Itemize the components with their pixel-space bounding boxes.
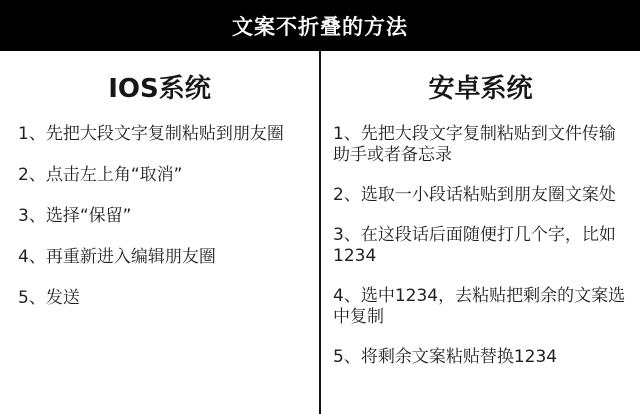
android-column: 安卓系统 1、先把大段文字复制粘贴到文件传输助手或者备忘录 2、选取一小段话粘贴… (321, 51, 640, 414)
list-item: 5、将剩余文案粘贴替换1234 (333, 347, 626, 368)
list-item: 3、在这段话后面随便打几个字，比如1234 (333, 225, 626, 267)
two-column-layout: IOS系统 1、先把大段文字复制粘贴到朋友圈 2、点击左上角“取消” 3、选择“… (0, 51, 640, 414)
ios-column-heading: IOS系统 (0, 72, 319, 106)
ios-column: IOS系统 1、先把大段文字复制粘贴到朋友圈 2、点击左上角“取消” 3、选择“… (0, 51, 321, 414)
ios-steps-list: 1、先把大段文字复制粘贴到朋友圈 2、点击左上角“取消” 3、选择“保留” 4、… (0, 124, 319, 309)
list-item: 2、点击左上角“取消” (18, 165, 307, 186)
android-column-heading: 安卓系统 (321, 72, 640, 106)
list-item: 4、再重新进入编辑朋友圈 (18, 247, 307, 268)
list-item: 3、选择“保留” (18, 206, 307, 227)
android-steps-list: 1、先把大段文字复制粘贴到文件传输助手或者备忘录 2、选取一小段话粘贴到朋友圈文… (321, 124, 640, 368)
list-item: 1、先把大段文字复制粘贴到文件传输助手或者备忘录 (333, 124, 626, 166)
title-bar: 文案不折叠的方法 (0, 0, 640, 51)
list-item: 4、选中1234，去粘贴把剩余的文案选中复制 (333, 286, 626, 328)
list-item: 2、选取一小段话粘贴到朋友圈文案处 (333, 185, 626, 206)
list-item: 5、发送 (18, 288, 307, 309)
infographic-page: 文案不折叠的方法 IOS系统 1、先把大段文字复制粘贴到朋友圈 2、点击左上角“… (0, 0, 640, 414)
page-title: 文案不折叠的方法 (232, 11, 408, 41)
list-item: 1、先把大段文字复制粘贴到朋友圈 (18, 124, 307, 145)
